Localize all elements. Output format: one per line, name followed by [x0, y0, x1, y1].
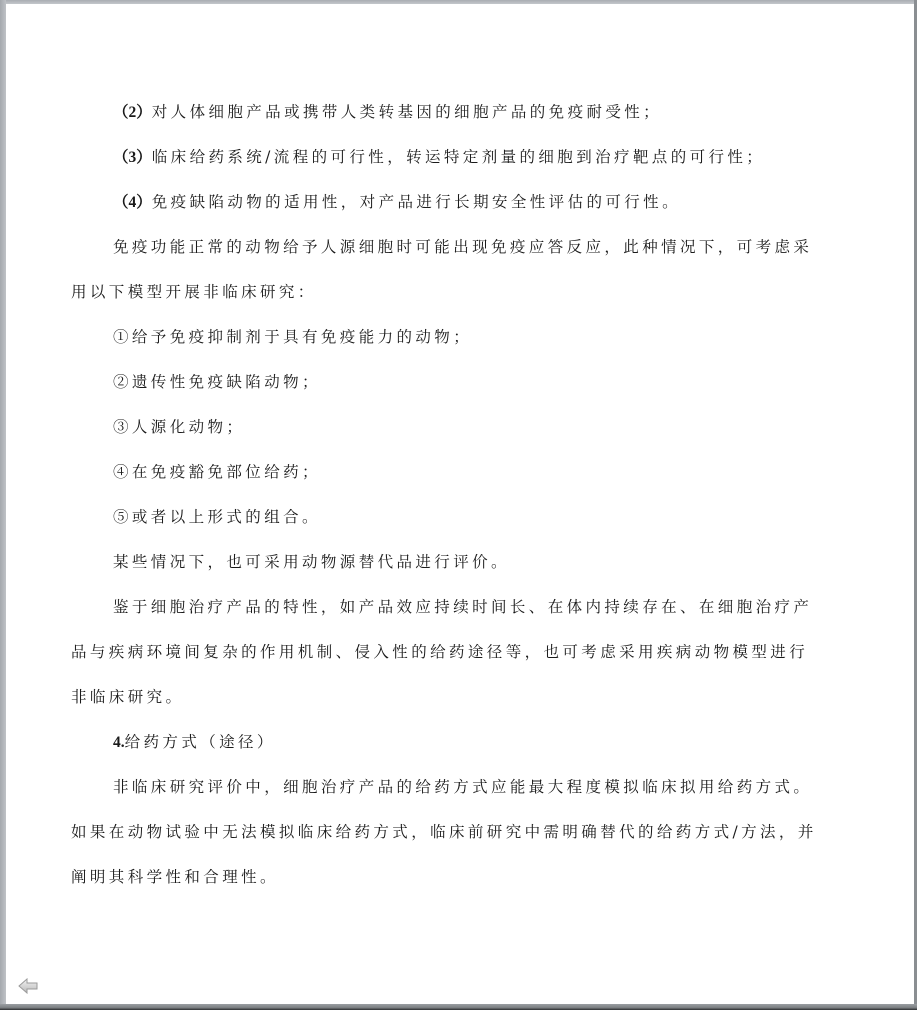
section-heading: 4.给药方式（途径） — [113, 720, 276, 765]
model-item-2: ②遗传性免疫缺陷动物； — [113, 360, 321, 405]
model-item-4: ④在免疫豁免部位给药； — [113, 450, 321, 495]
paragraph-line: 某些情况下，也可采用动物源替代品进行评价。 — [113, 540, 510, 585]
frame-bottom — [0, 1004, 917, 1010]
item-number: （4） — [113, 194, 152, 211]
paragraph-line: 如果在动物试验中无法模拟临床给药方式，临床前研究中需明确替代的给药方式/方法，并 — [71, 810, 817, 855]
paragraph-line: 用以下模型开展非临床研究： — [71, 270, 317, 315]
model-item-1: ①给予免疫抑制剂于具有免疫能力的动物； — [113, 315, 472, 360]
paragraph-line: 非临床研究。 — [71, 675, 184, 720]
item-text: 临床给药系统/流程的可行性，转运特定剂量的细胞到治疗靶点的可行性； — [152, 148, 765, 166]
section-number: 4. — [113, 734, 125, 751]
list-item-2: （2）对人体细胞产品或携带人类转基因的细胞产品的免疫耐受性； — [113, 90, 662, 135]
paragraph-line: 鉴于细胞治疗产品的特性，如产品效应持续时间长、在体内持续存在、在细胞治疗产 — [113, 585, 812, 630]
item-text: 免疫缺陷动物的适用性，对产品进行长期安全性评估的可行性。 — [152, 193, 681, 211]
item-number: （3） — [113, 149, 152, 166]
paragraph-line: 品与疾病环境间复杂的作用机制、侵入性的给药途径等，也可考虑采用疾病动物模型进行 — [71, 630, 808, 675]
paragraph-line: 阐明其科学性和合理性。 — [71, 855, 279, 900]
document-page: （2）对人体细胞产品或携带人类转基因的细胞产品的免疫耐受性； （3）临床给药系统… — [6, 4, 914, 1004]
item-number: （2） — [113, 104, 152, 121]
left-arrow-icon[interactable] — [18, 978, 38, 994]
model-item-5: ⑤或者以上形式的组合。 — [113, 495, 321, 540]
model-item-3: ③人源化动物； — [113, 405, 245, 450]
paragraph-line: 非临床研究评价中，细胞治疗产品的给药方式应能最大程度模拟临床拟用给药方式。 — [113, 765, 812, 810]
item-text: 对人体细胞产品或携带人类转基因的细胞产品的免疫耐受性； — [152, 103, 662, 121]
document-viewer: （2）对人体细胞产品或携带人类转基因的细胞产品的免疫耐受性； （3）临床给药系统… — [0, 0, 917, 1010]
section-title: 给药方式（途径） — [125, 733, 276, 751]
list-item-3: （3）临床给药系统/流程的可行性，转运特定剂量的细胞到治疗靶点的可行性； — [113, 135, 765, 180]
paragraph-line: 免疫功能正常的动物给予人源细胞时可能出现免疫应答反应，此种情况下，可考虑采 — [113, 225, 812, 270]
list-item-4: （4）免疫缺陷动物的适用性，对产品进行长期安全性评估的可行性。 — [113, 180, 681, 225]
